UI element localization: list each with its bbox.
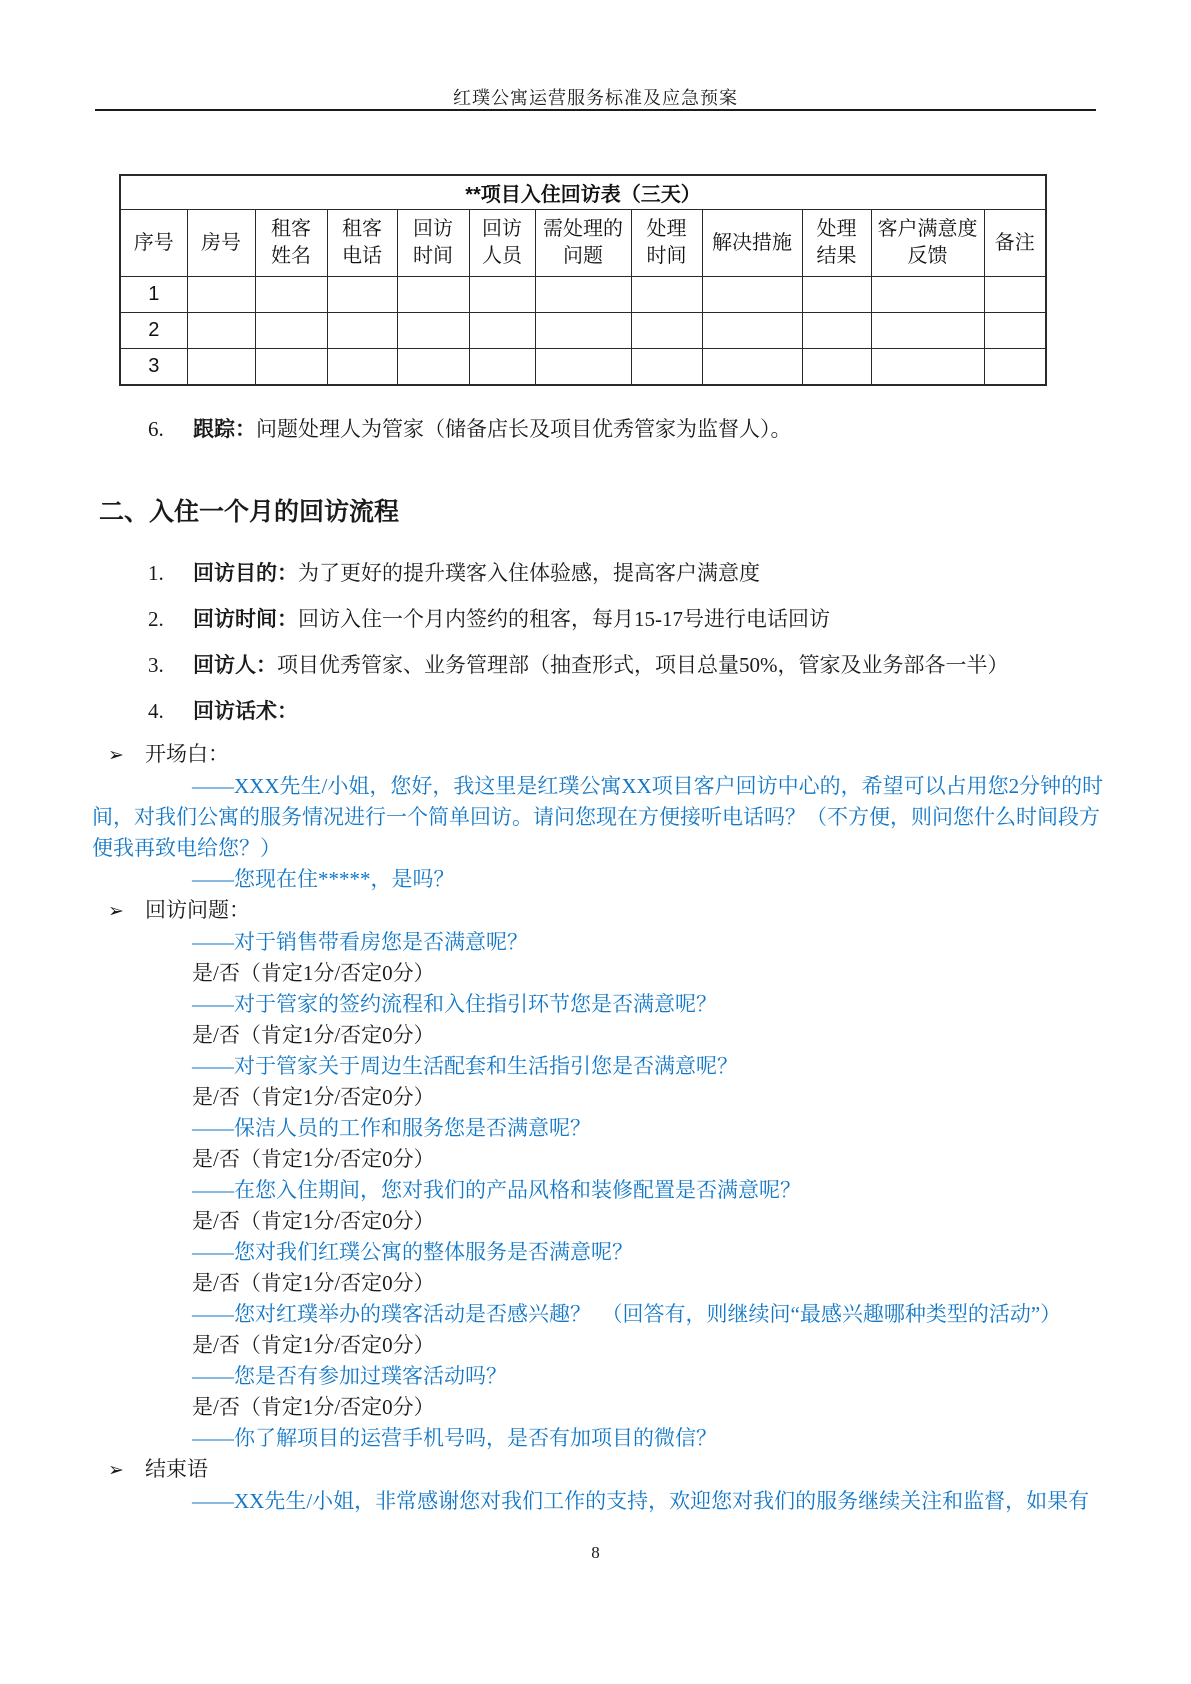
empty-cell (187, 313, 255, 349)
empty-cell (871, 349, 984, 386)
empty-cell (255, 277, 327, 313)
question-line: ——您对我们红璞公寓的整体服务是否满意呢？ (92, 1237, 1106, 1268)
empty-cell (535, 313, 631, 349)
empty-cell (984, 313, 1046, 349)
arrow-bullet-icon: ➢ (108, 1455, 145, 1486)
score-line: 是/否（肯定1分/否定0分） (92, 958, 1106, 989)
question-line: ——对于销售带看房您是否满意呢？ (92, 927, 1106, 958)
visit-followup-table: **项目入住回访表（三天） 序号 房号 租客 姓名 租客 电话 回访 时间 回访… (119, 174, 1047, 386)
item-number: 2. (148, 596, 193, 642)
arrow-bullet-icon: ➢ (108, 896, 145, 927)
closing-line: ——XX先生/小姐，非常感谢您对我们工作的支持，欢迎您对我们的服务继续关注和监督… (92, 1486, 1106, 1517)
empty-cell (535, 349, 631, 386)
closing-bullet-line: ➢结束语 (92, 1454, 1106, 1486)
item-label: 回访时间： (193, 607, 298, 631)
list-item: 1.回访目的：为了更好的提升璞客入住体验感，提高客户满意度 (92, 550, 1112, 596)
table-header-row: 序号 房号 租客 姓名 租客 电话 回访 时间 回访 人员 需处理的 问题 处理… (120, 210, 1046, 277)
col-header-satisfaction: 客户满意度 反馈 (871, 210, 984, 277)
col-header-tenant-phone: 租客 电话 (327, 210, 397, 277)
item-label: 回访目的： (193, 561, 298, 585)
empty-cell (702, 313, 802, 349)
empty-cell (187, 349, 255, 386)
item-label: 跟踪： (193, 417, 256, 441)
score-line: 是/否（肯定1分/否定0分） (92, 1330, 1106, 1361)
item-text: 为了更好的提升璞客入住体验感，提高客户满意度 (298, 561, 760, 585)
question-line: ——您对红璞举办的璞客活动是否感兴趣？ （回答有，则继续问“最感兴趣哪种类型的活… (92, 1299, 1106, 1330)
empty-cell (631, 313, 702, 349)
opening-paragraph: ——XXX先生/小姐，您好，我这里是红璞公寓XX项目客户回访中心的，希望可以占用… (92, 771, 1106, 864)
table-row: 2 (120, 313, 1046, 349)
questions-label: 回访问题： (145, 898, 250, 922)
list-item: 4.回访话术： (92, 688, 1112, 734)
item-text: 回访入住一个月内签约的租客，每月15-17号进行电话回访 (298, 607, 830, 631)
section-heading: 二、入住一个月的回访流程 (99, 492, 399, 528)
item-6-tracking: 6.跟踪：问题处理人为管家（储备店长及项目优秀管家为监督人）。 (92, 413, 792, 443)
item-text: 项目优秀管家、业务管理部（抽查形式，项目总量50%，管家及业务部各一半） (277, 653, 1009, 677)
empty-cell (397, 313, 469, 349)
seq-cell: 3 (120, 349, 187, 386)
numbered-items: 1.回访目的：为了更好的提升璞客入住体验感，提高客户满意度 2.回访时间：回访入… (92, 550, 1112, 734)
opening-bullet-line: ➢开场白： (92, 739, 1106, 771)
item-number: 4. (148, 688, 193, 734)
score-line: 是/否（肯定1分/否定0分） (92, 1020, 1106, 1051)
col-header-seq: 序号 (120, 210, 187, 277)
empty-cell (984, 277, 1046, 313)
empty-cell (702, 277, 802, 313)
col-header-visit-time: 回访 时间 (397, 210, 469, 277)
question-line: ——对于管家关于周边生活配套和生活指引您是否满意呢？ (92, 1051, 1106, 1082)
item-number: 1. (148, 550, 193, 596)
score-line: 是/否（肯定1分/否定0分） (92, 1268, 1106, 1299)
list-item: 2.回访时间：回访入住一个月内签约的租客，每月15-17号进行电话回访 (92, 596, 1112, 642)
empty-cell (802, 313, 871, 349)
opening-confirm-line: ——您现在住*****，是吗？ (92, 864, 1106, 895)
question-line: ——你了解项目的运营手机号吗，是否有加项目的微信？ (92, 1423, 1106, 1454)
empty-cell (327, 277, 397, 313)
empty-cell (255, 349, 327, 386)
empty-cell (871, 313, 984, 349)
list-item: 3.回访人：项目优秀管家、业务管理部（抽查形式，项目总量50%，管家及业务部各一… (92, 642, 1112, 688)
seq-cell: 2 (120, 313, 187, 349)
score-line: 是/否（肯定1分/否定0分） (92, 1144, 1106, 1175)
empty-cell (535, 277, 631, 313)
empty-cell (802, 277, 871, 313)
question-line: ——对于管家的签约流程和入住指引环节您是否满意呢？ (92, 989, 1106, 1020)
page-number: 8 (0, 1543, 1191, 1563)
call-script-section: ➢开场白： ——XXX先生/小姐，您好，我这里是红璞公寓XX项目客户回访中心的，… (92, 739, 1106, 1517)
table-row: 1 (120, 277, 1046, 313)
empty-cell (327, 313, 397, 349)
col-header-room: 房号 (187, 210, 255, 277)
document-page: 红璞公寓运营服务标准及应急预案 **项目入住回访表（三天） 序号 房号 租客 姓… (0, 0, 1191, 1684)
empty-cell (871, 277, 984, 313)
empty-cell (469, 313, 535, 349)
col-header-remark: 备注 (984, 210, 1046, 277)
empty-cell (327, 349, 397, 386)
empty-cell (397, 277, 469, 313)
empty-cell (631, 349, 702, 386)
score-line: 是/否（肯定1分/否定0分） (92, 1392, 1106, 1423)
empty-cell (631, 277, 702, 313)
question-line: ——您是否有参加过璞客活动吗？ (92, 1361, 1106, 1392)
empty-cell (469, 349, 535, 386)
item-label: 回访人： (193, 653, 277, 677)
arrow-bullet-icon: ➢ (108, 740, 145, 771)
col-header-handle-time: 处理 时间 (631, 210, 702, 277)
item-number: 6. (148, 417, 193, 442)
empty-cell (397, 349, 469, 386)
score-line: 是/否（肯定1分/否定0分） (92, 1082, 1106, 1113)
empty-cell (984, 349, 1046, 386)
table-row: 3 (120, 349, 1046, 386)
closing-label: 结束语 (145, 1457, 208, 1481)
col-header-solution: 解决措施 (702, 210, 802, 277)
col-header-result: 处理 结果 (802, 210, 871, 277)
running-header-title: 红璞公寓运营服务标准及应急预案 (0, 84, 1191, 110)
seq-cell: 1 (120, 277, 187, 313)
empty-cell (187, 277, 255, 313)
empty-cell (255, 313, 327, 349)
header-rule (95, 109, 1096, 111)
col-header-tenant-name: 租客 姓名 (255, 210, 327, 277)
empty-cell (802, 349, 871, 386)
item-text: 问题处理人为管家（储备店长及项目优秀管家为监督人）。 (256, 417, 792, 441)
questions-bullet-line: ➢回访问题： (92, 895, 1106, 927)
empty-cell (469, 277, 535, 313)
question-line: ——保洁人员的工作和服务您是否满意呢？ (92, 1113, 1106, 1144)
item-number: 3. (148, 642, 193, 688)
table-title: **项目入住回访表（三天） (120, 175, 1046, 210)
score-line: 是/否（肯定1分/否定0分） (92, 1206, 1106, 1237)
col-header-visit-staff: 回访 人员 (469, 210, 535, 277)
col-header-issue: 需处理的 问题 (535, 210, 631, 277)
empty-cell (702, 349, 802, 386)
question-line: ——在您入住期间，您对我们的产品风格和装修配置是否满意呢？ (92, 1175, 1106, 1206)
opening-label: 开场白： (145, 742, 229, 766)
table-title-row: **项目入住回访表（三天） (120, 175, 1046, 210)
item-label: 回访话术： (193, 699, 298, 723)
